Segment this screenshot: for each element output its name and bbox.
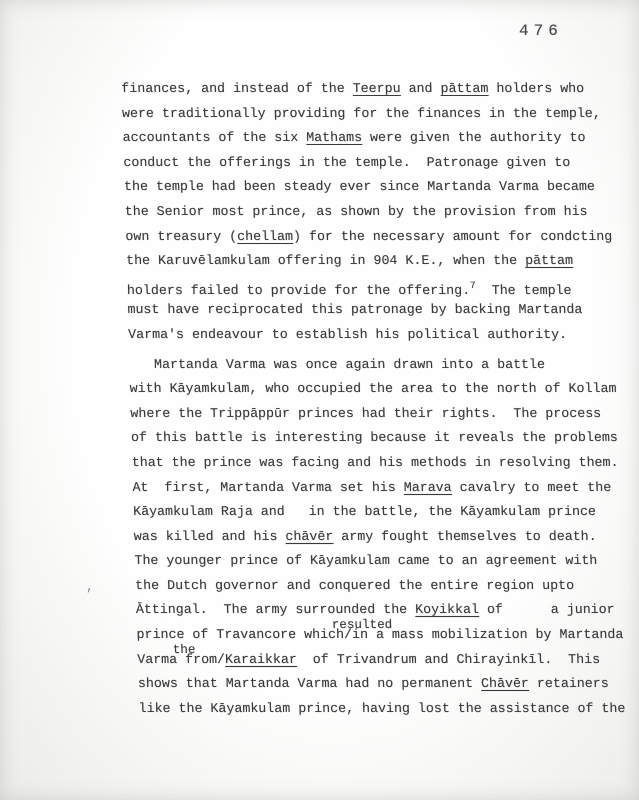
text-segment: accountants of the six (122, 130, 306, 145)
text-segment: of Trivandrum and Chirayinkīl. This (297, 652, 601, 667)
inserted-word: the (172, 638, 195, 663)
text-segment: a mass mobilization by Martanda (368, 627, 624, 642)
text-line: finances, and instead of the Teerpu and … (121, 77, 608, 102)
text-segment: Varma's endeavour to establish his polit… (128, 327, 567, 342)
text-segment: cavalry to meet the (451, 480, 611, 495)
paragraph: Martanda Varma was once again drawn into… (129, 353, 626, 722)
page-number: 476 (519, 22, 563, 40)
text-line: like the Kāyamkulam prince, having lost … (138, 697, 625, 722)
text-line: were traditionally providing for the fin… (122, 102, 609, 127)
text-line: shows that Martanda Varma had no permane… (138, 672, 625, 697)
text-line: At first, Martanda Varma set his Marava … (132, 476, 619, 501)
text-segment: and (400, 81, 440, 96)
underlined-term: Mathams (306, 130, 362, 145)
text-line: the Karuvēlamkulam offering in 904 K.E.,… (126, 249, 613, 274)
underlined-term: Marava (404, 480, 452, 495)
text-line: that the prince was facing and his metho… (131, 451, 618, 476)
text-segment: The temple (476, 283, 572, 298)
inserted-word: resulted (331, 613, 392, 638)
text-line: the Dutch governor and conquered the ent… (135, 574, 622, 599)
underlined-term: Koyikkal (415, 602, 479, 617)
text-segment: At first, Martanda Varma set his (132, 480, 404, 495)
text-line: Martanda Varma was once again drawn into… (129, 353, 616, 378)
text-segment: of a junior (479, 602, 615, 617)
text-segment: like the Kāyamkulam prince, having lost … (138, 701, 625, 716)
text-line: was killed and his chāvēr army fought th… (134, 525, 621, 550)
segment-with-insertion: theKaraikkar (225, 652, 297, 667)
text-line: conduct the offerings in the temple. Pat… (123, 151, 610, 176)
text-line: own treasury (chellam) for the necessary… (125, 225, 612, 250)
text-line: accountants of the six Mathams were give… (122, 126, 609, 151)
text-line: holders failed to provide for the offeri… (126, 274, 613, 299)
text-line: must have reciprocated this patronage by… (127, 298, 614, 323)
text-segment: where the Trippāppūr princes had their r… (130, 406, 601, 421)
text-segment: that the prince was facing and his metho… (132, 455, 619, 470)
text-segment: must have reciprocated this patronage by… (127, 302, 582, 317)
text-line: prince of Travancore which/resultedin a … (136, 623, 623, 648)
text-segment: retainers (529, 676, 609, 691)
text-segment: holders failed to provide for the offeri… (127, 283, 471, 298)
text-segment: the Karuvēlamkulam offering in 904 K.E.,… (126, 253, 525, 268)
text-line: the temple had been steady ever since Ma… (124, 175, 611, 200)
text-segment: was killed and his (134, 529, 286, 544)
text-line: the Senior most prince, as shown by the … (124, 200, 611, 225)
text-line: Kāyamkulam Raja and in the battle, the K… (133, 500, 620, 525)
text-line: where the Trippāppūr princes had their r… (130, 402, 617, 427)
document-page: 476 , finances, and instead of the Teerp… (0, 0, 639, 800)
text-segment: the temple had been steady ever since Ma… (124, 179, 595, 194)
text-line: of this battle is interesting because it… (131, 426, 618, 451)
underlined-term: chellam (237, 229, 293, 244)
text-segment: Kāyamkulam Raja and in the battle, the K… (133, 504, 596, 519)
text-segment: ) for the necessary amount for condcting (293, 229, 613, 244)
paragraph: finances, and instead of the Teerpu and … (121, 77, 615, 348)
text-segment: were given the authority to (362, 130, 586, 145)
underlined-term: pāttam (525, 253, 573, 268)
typewritten-text-block: finances, and instead of the Teerpu and … (121, 77, 626, 721)
text-segment: were traditionally providing for the fin… (122, 106, 601, 121)
text-segment: of this battle is interesting because it… (131, 430, 618, 445)
text-segment: The younger prince of Kāyamkulam came to… (134, 553, 597, 568)
text-segment: with Kāyamkulam, who occupied the area t… (129, 381, 616, 396)
text-segment: army fought themselves to death. (333, 529, 597, 544)
text-segment: holders who (488, 81, 584, 96)
text-line: Varma's endeavour to establish his polit… (128, 323, 615, 348)
underlined-term: Karaikkar (225, 652, 297, 667)
text-segment: Martanda Varma was once again drawn into… (154, 357, 545, 372)
segment-with-insertion: resultedin (352, 627, 368, 642)
text-segment: the Senior most prince, as shown by the … (125, 204, 588, 219)
underlined-term: Teerpu (353, 81, 401, 96)
text-segment: own treasury ( (125, 229, 237, 244)
text-line: Varma from/theKaraikkar of Trivandrum an… (137, 648, 624, 673)
text-segment: shows that Martanda Varma had no permane… (138, 676, 482, 691)
text-segment: conduct the offerings in the temple. Pat… (123, 155, 570, 170)
text-line: with Kāyamkulam, who occupied the area t… (129, 377, 616, 402)
text-segment: prince of Travancore which/ (136, 627, 352, 642)
underlined-term: Chāvēr (481, 676, 529, 691)
underlined-term: pāttam (440, 81, 488, 96)
text-segment: finances, and instead of the (121, 81, 353, 96)
underlined-term: chāvēr (285, 529, 333, 544)
text-line: The younger prince of Kāyamkulam came to… (134, 549, 621, 574)
text-segment: the Dutch governor and conquered the ent… (135, 578, 574, 593)
stray-margin-mark: , (86, 579, 94, 594)
